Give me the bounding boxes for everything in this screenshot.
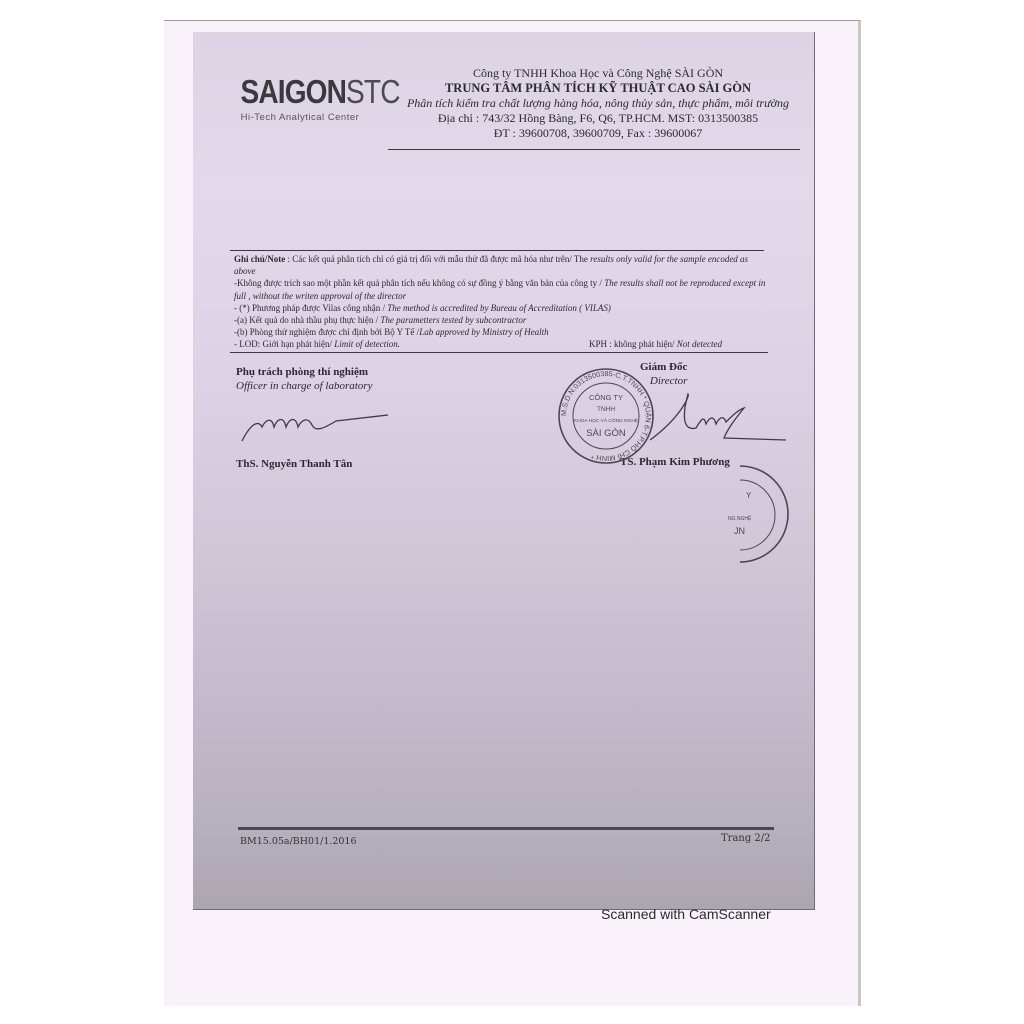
svg-text:NG NGHỆ: NG NGHỆ [728,514,752,522]
note-6: - LOD: Giới hạn phát hiện/ Limit of dete… [234,338,766,350]
note-kph: KPH : không phát hiện/ Not detected [589,338,722,350]
document-scan-area [193,32,815,910]
address-line: Địa chỉ : 743/32 Hồng Bàng, F6, Q6, TP.H… [388,111,808,126]
note-1: Ghi chú/Note : Các kết quả phân tích chỉ… [234,253,766,277]
company-name: Công ty TNHH Khoa Học và Công Nghệ SÀI G… [388,66,808,81]
saigonstc-logo: SAIGONSTC Hi-Tech Analytical Center [230,74,370,132]
note-4-vi: -(a) Kết quả do nhà thầu phụ thực hiện / [234,315,380,325]
company-stamp: M.S.D.N:0313500385-C.T.TNHH * QUẬN 6-T.P… [556,366,656,466]
svg-text:JN: JN [734,526,745,536]
note-lod-vi: - LOD: Giới hạn phát hiện/ [234,339,334,349]
page-number: Trang 2/2 [721,833,771,844]
svg-text:SÀI GÒN: SÀI GÒN [586,428,626,439]
lab-officer-title-vi: Phụ trách phòng thí nghiệm [236,365,372,379]
camscanner-watermark: Scanned with CamScanner [601,906,771,922]
svg-text:TNHH: TNHH [597,406,615,413]
footer-divider [238,827,774,830]
director-signature [640,388,790,448]
note-5: -(b) Phòng thử nghiệm được chỉ định bởi … [234,326,766,338]
notes-label: Ghi chú/Note [234,254,285,264]
logo-subtitle: Hi-Tech Analytical Center [230,112,370,123]
notes-bottom-divider [230,352,768,353]
company-header: Công ty TNHH Khoa Học và Công Nghệ SÀI G… [388,66,808,141]
note-5-vi: -(b) Phòng thử nghiệm được chỉ định bởi … [234,327,419,337]
note-lod: - LOD: Giới hạn phát hiện/ Limit of dete… [234,338,400,350]
note-3: - (*) Phương pháp được Vilas công nhận /… [234,302,766,314]
services-line: Phân tích kiểm tra chất lượng hàng hóa, … [388,96,808,111]
notes-section: Ghi chú/Note : Các kết quả phân tích chỉ… [234,253,766,351]
svg-text:KHOA HỌC VÀ CÔNG NGHỆ: KHOA HỌC VÀ CÔNG NGHỆ [574,416,638,424]
partial-seal-stamp: Y NG NGHỆ JN [724,462,794,566]
note-4: -(a) Kết quả do nhà thầu phụ thực hiện /… [234,314,766,326]
lab-officer-signature [236,405,396,445]
note-kph-en: Not detected [677,339,722,349]
note-2-vi: -Không được trích sao một phần kết quả p… [234,278,604,288]
svg-text:CÔNG TY: CÔNG TY [589,393,623,402]
note-3-vi: - (*) Phương pháp được Vilas công nhận / [234,303,387,313]
form-code: BM15.05a/BH01/1.2016 [240,836,357,847]
svg-text:Y: Y [746,491,752,500]
lab-officer-name: ThS. Nguyễn Thanh Tân [236,458,352,470]
logo-saigon: SAIGON [241,73,347,110]
notes-top-divider [230,250,764,251]
header-divider [388,149,800,150]
note-1-vi: : Các kết quả phân tích chỉ có giá trị đ… [285,254,590,264]
note-3-en: The method is accredited by Bureau of Ac… [387,303,611,313]
logo-wordmark: SAIGONSTC [241,74,360,110]
note-2: -Không được trích sao một phần kết quả p… [234,277,766,301]
lab-officer-title-en: Officer in charge of laboratory [236,379,372,393]
phone-line: ĐT : 39600708, 39600709, Fax : 39600067 [388,126,808,141]
note-5-en: Lab approved by Ministry of Health [419,327,548,337]
lab-officer-block: Phụ trách phòng thí nghiệm Officer in ch… [236,365,372,393]
note-lod-en: Limit of detection. [334,339,400,349]
note-4-en: The parametters tested by subcontractor [380,315,526,325]
center-name: TRUNG TÂM PHÂN TÍCH KỸ THUẬT CAO SÀI GÒN [388,81,808,96]
note-kph-vi: KPH : không phát hiện/ [589,339,677,349]
